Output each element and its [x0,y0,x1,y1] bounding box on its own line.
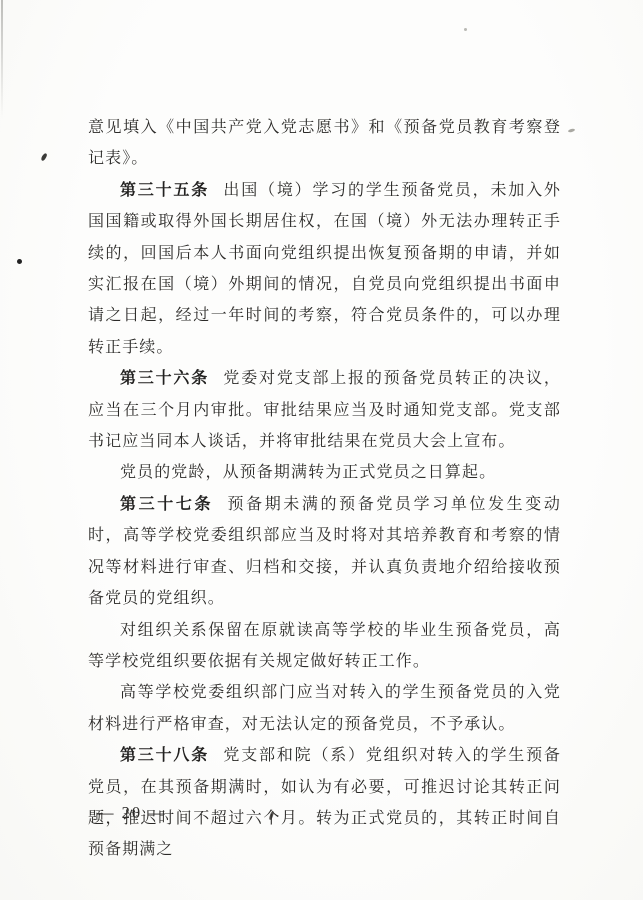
article-number: 第三十五条 [120,182,209,199]
paragraph: 对组织关系保留在原就读高等学校的毕业生预备党员，高等学校党组织要依据有关规定做好… [88,615,561,678]
paragraph: 党员的党龄，从预备期满转为正式党员之日算起。 [88,457,561,488]
scan-edge-artifact [1,0,3,118]
scan-speck [568,128,576,133]
article-number: 第三十八条 [120,747,209,764]
scan-speck [17,259,22,264]
paragraph: 第三十五条出国（境）学习的学生预备党员，未加入外国国籍或取得外国长期居住权，在国… [88,175,561,363]
scanned-document-page: 意见填入《中国共产党入党志愿书》和《预备党员教育考察登记表》。第三十五条出国（境… [0,0,643,900]
paragraph: 第三十六条党委对党支部上报的预备党员转正的决议，应当在三个月内审批。审批结果应当… [88,363,561,457]
article-number: 第三十七条 [120,496,213,513]
scan-speck [40,153,47,162]
page-number: — 20 — [97,803,167,823]
paragraph: 意见填入《中国共产党入党志愿书》和《预备党员教育考察登记表》。 [88,112,561,175]
document-body: 意见填入《中国共产党入党志愿书》和《预备党员教育考察登记表》。第三十五条出国（境… [88,112,561,866]
article-number: 第三十六条 [120,370,209,387]
paragraph: 高等学校党委组织部门应当对转入的学生预备党员的入党材料进行严格审查，对无法认定的… [88,677,561,740]
scan-speck [464,28,467,31]
paragraph: 第三十七条预备期未满的预备党员学习单位发生变动时，高等学校党委组织部应当及时将对… [88,489,561,615]
